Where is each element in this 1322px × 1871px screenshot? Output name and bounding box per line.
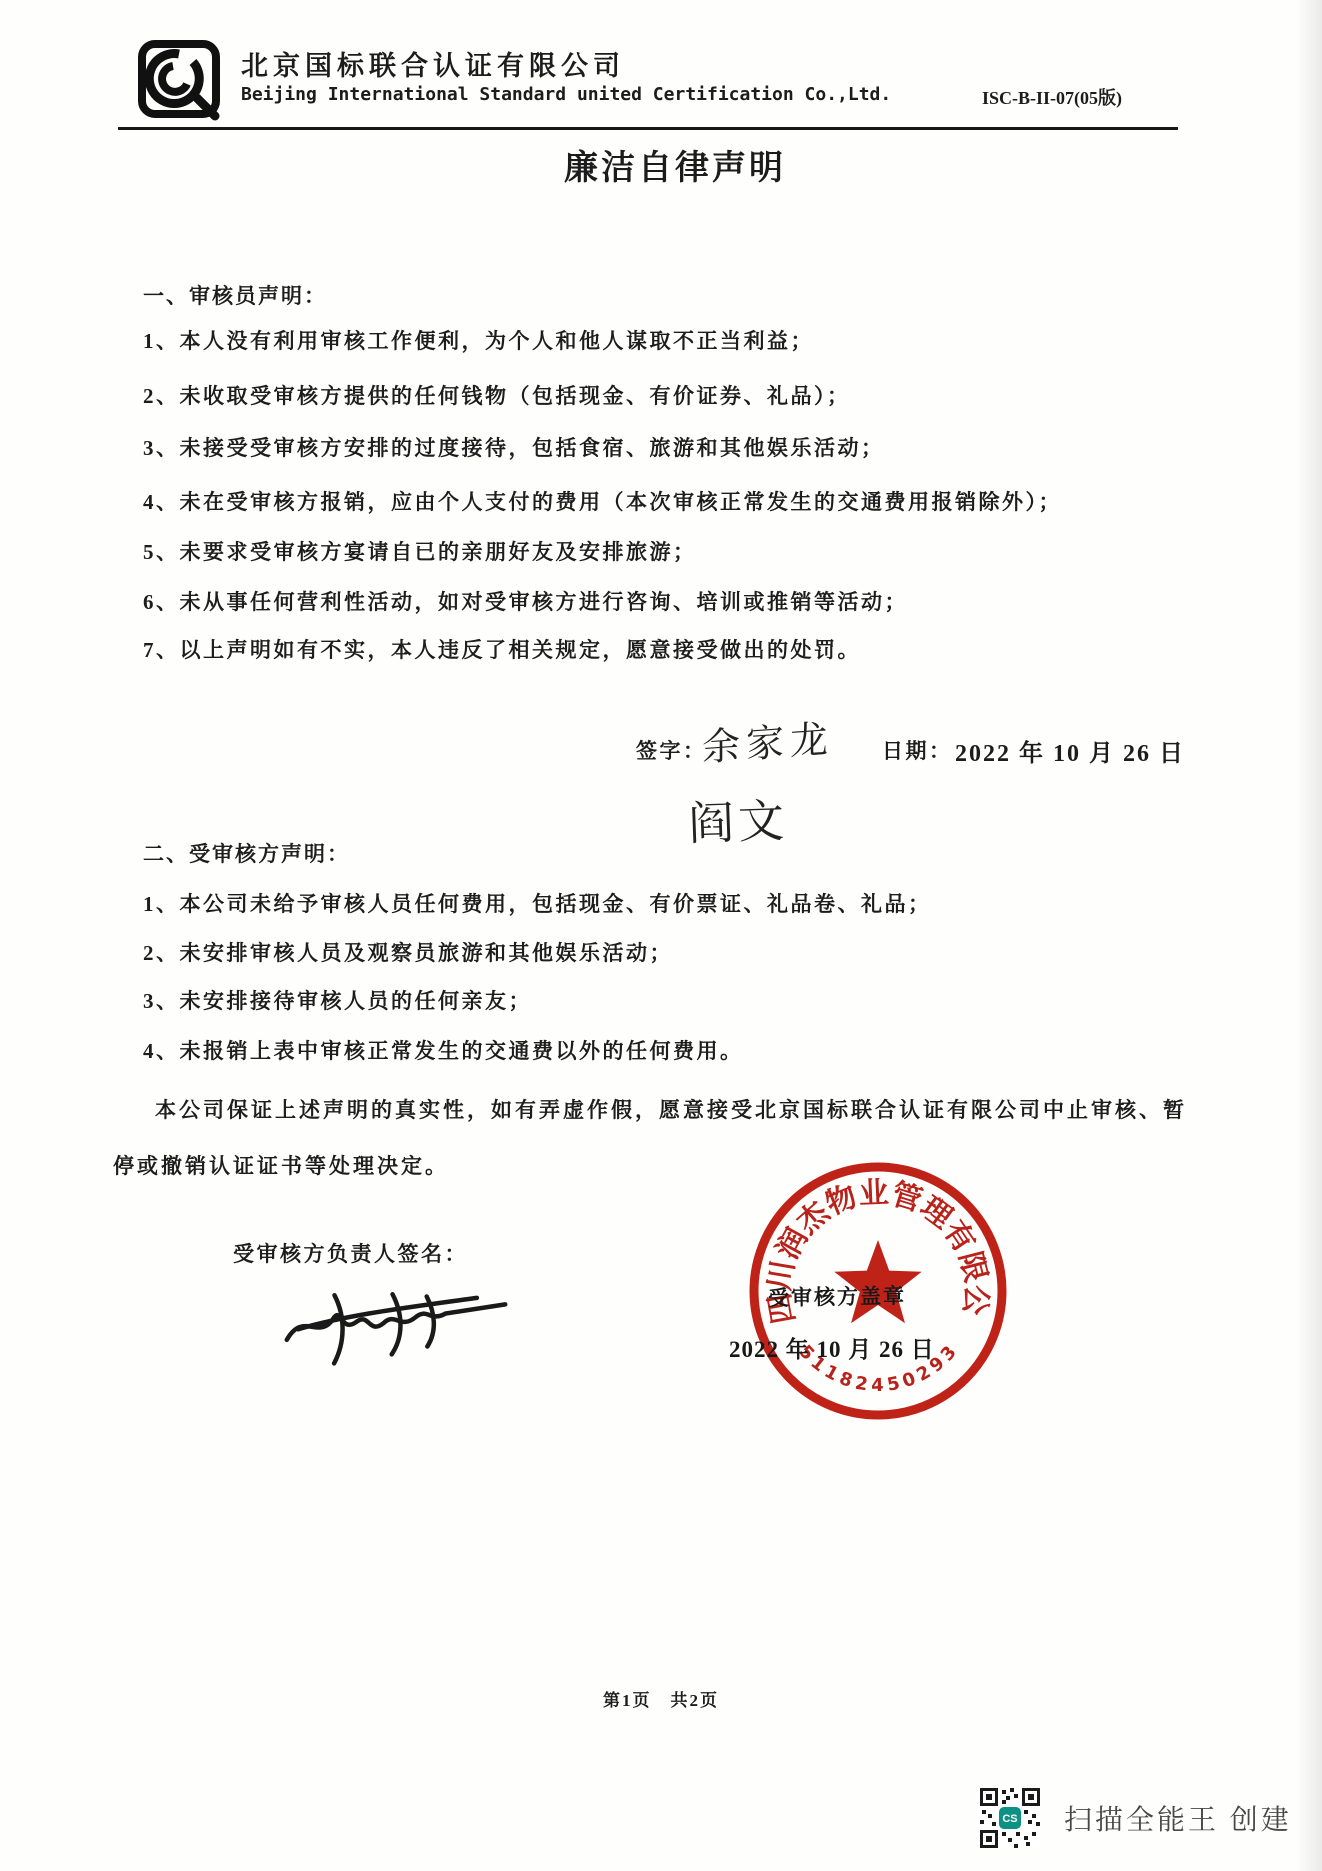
document-title: 廉洁自律声明 xyxy=(0,140,1322,189)
stamp-overlay-label: 受审核方盖章 xyxy=(768,1280,907,1312)
declaration-item: 7、以上声明如有不实，本人违反了相关规定，愿意接受做出的处罚。 xyxy=(143,634,861,664)
company-logo-icon xyxy=(137,40,225,122)
declaration-item: 1、本人没有利用审核工作便利，为个人和他人谋取不正当利益； xyxy=(143,325,814,355)
declaration-item: 4、未报销上表中审核正常发生的交通费以外的任何费用。 xyxy=(143,1035,744,1065)
declaration-item: 4、未在受审核方报销，应由个人支付的费用（本次审核正常发生的交通费用报销除外）； xyxy=(143,486,1062,516)
header-rule xyxy=(118,127,1178,130)
date-label: 日期： xyxy=(882,735,953,765)
declaration-item: 5、未要求受审核方宴请自已的亲朋好友及安排旅游； xyxy=(143,536,697,566)
page-number: 第1页 共2页 xyxy=(0,1686,1322,1711)
declaration-item: 3、未接受受审核方安排的过度接待，包括食宿、旅游和其他娱乐活动； xyxy=(143,432,885,462)
scan-edge-shadow xyxy=(1296,0,1322,1871)
second-signature-handwriting: 阎文 xyxy=(687,784,789,853)
stamp-overlay-date: 2022 年 10 月 26 日 xyxy=(729,1331,935,1364)
section1-heading: 一、审核员声明： xyxy=(143,280,327,310)
section2-heading: 二、受审核方声明： xyxy=(143,838,350,868)
form-code: ISC-B-II-07(05版) xyxy=(982,84,1122,110)
declaration-item: 1、本公司未给予审核人员任何费用，包括现金、有价票证、礼品卷、礼品； xyxy=(143,888,932,918)
declaration-item: 2、未收取受审核方提供的任何钱物（包括现金、有价证券、礼品）； xyxy=(143,380,851,410)
scanner-watermark-label: 扫描全能王 创建 xyxy=(1064,1798,1292,1838)
company-name-en: Beijing International Standard united Ce… xyxy=(241,84,891,105)
declaration-item: 3、未安排接待审核人员的任何亲友； xyxy=(143,985,532,1015)
camscanner-qr-code: CS xyxy=(980,1788,1040,1848)
declaration-item: 6、未从事任何营利性活动，如对受审核方进行咨询、培训或推销等活动； xyxy=(143,586,908,616)
qr-badge-text: CS xyxy=(1002,1813,1017,1825)
date-value: 2022 年 10 月 26 日 xyxy=(955,733,1185,768)
declaration-item: 2、未安排审核人员及观察员旅游和其他娱乐活动； xyxy=(143,937,673,967)
document-page: 北京国标联合认证有限公司 Beijing International Stand… xyxy=(0,0,1322,1871)
auditor-signature-handwriting: 余家龙 xyxy=(702,707,834,771)
company-name-cn: 北京国标联合认证有限公司 xyxy=(241,44,625,83)
sign-label: 签字： xyxy=(636,735,707,765)
auditee-sign-label: 受审核方负责人签名： xyxy=(233,1238,468,1268)
responsible-person-signature-scribble xyxy=(276,1266,521,1378)
